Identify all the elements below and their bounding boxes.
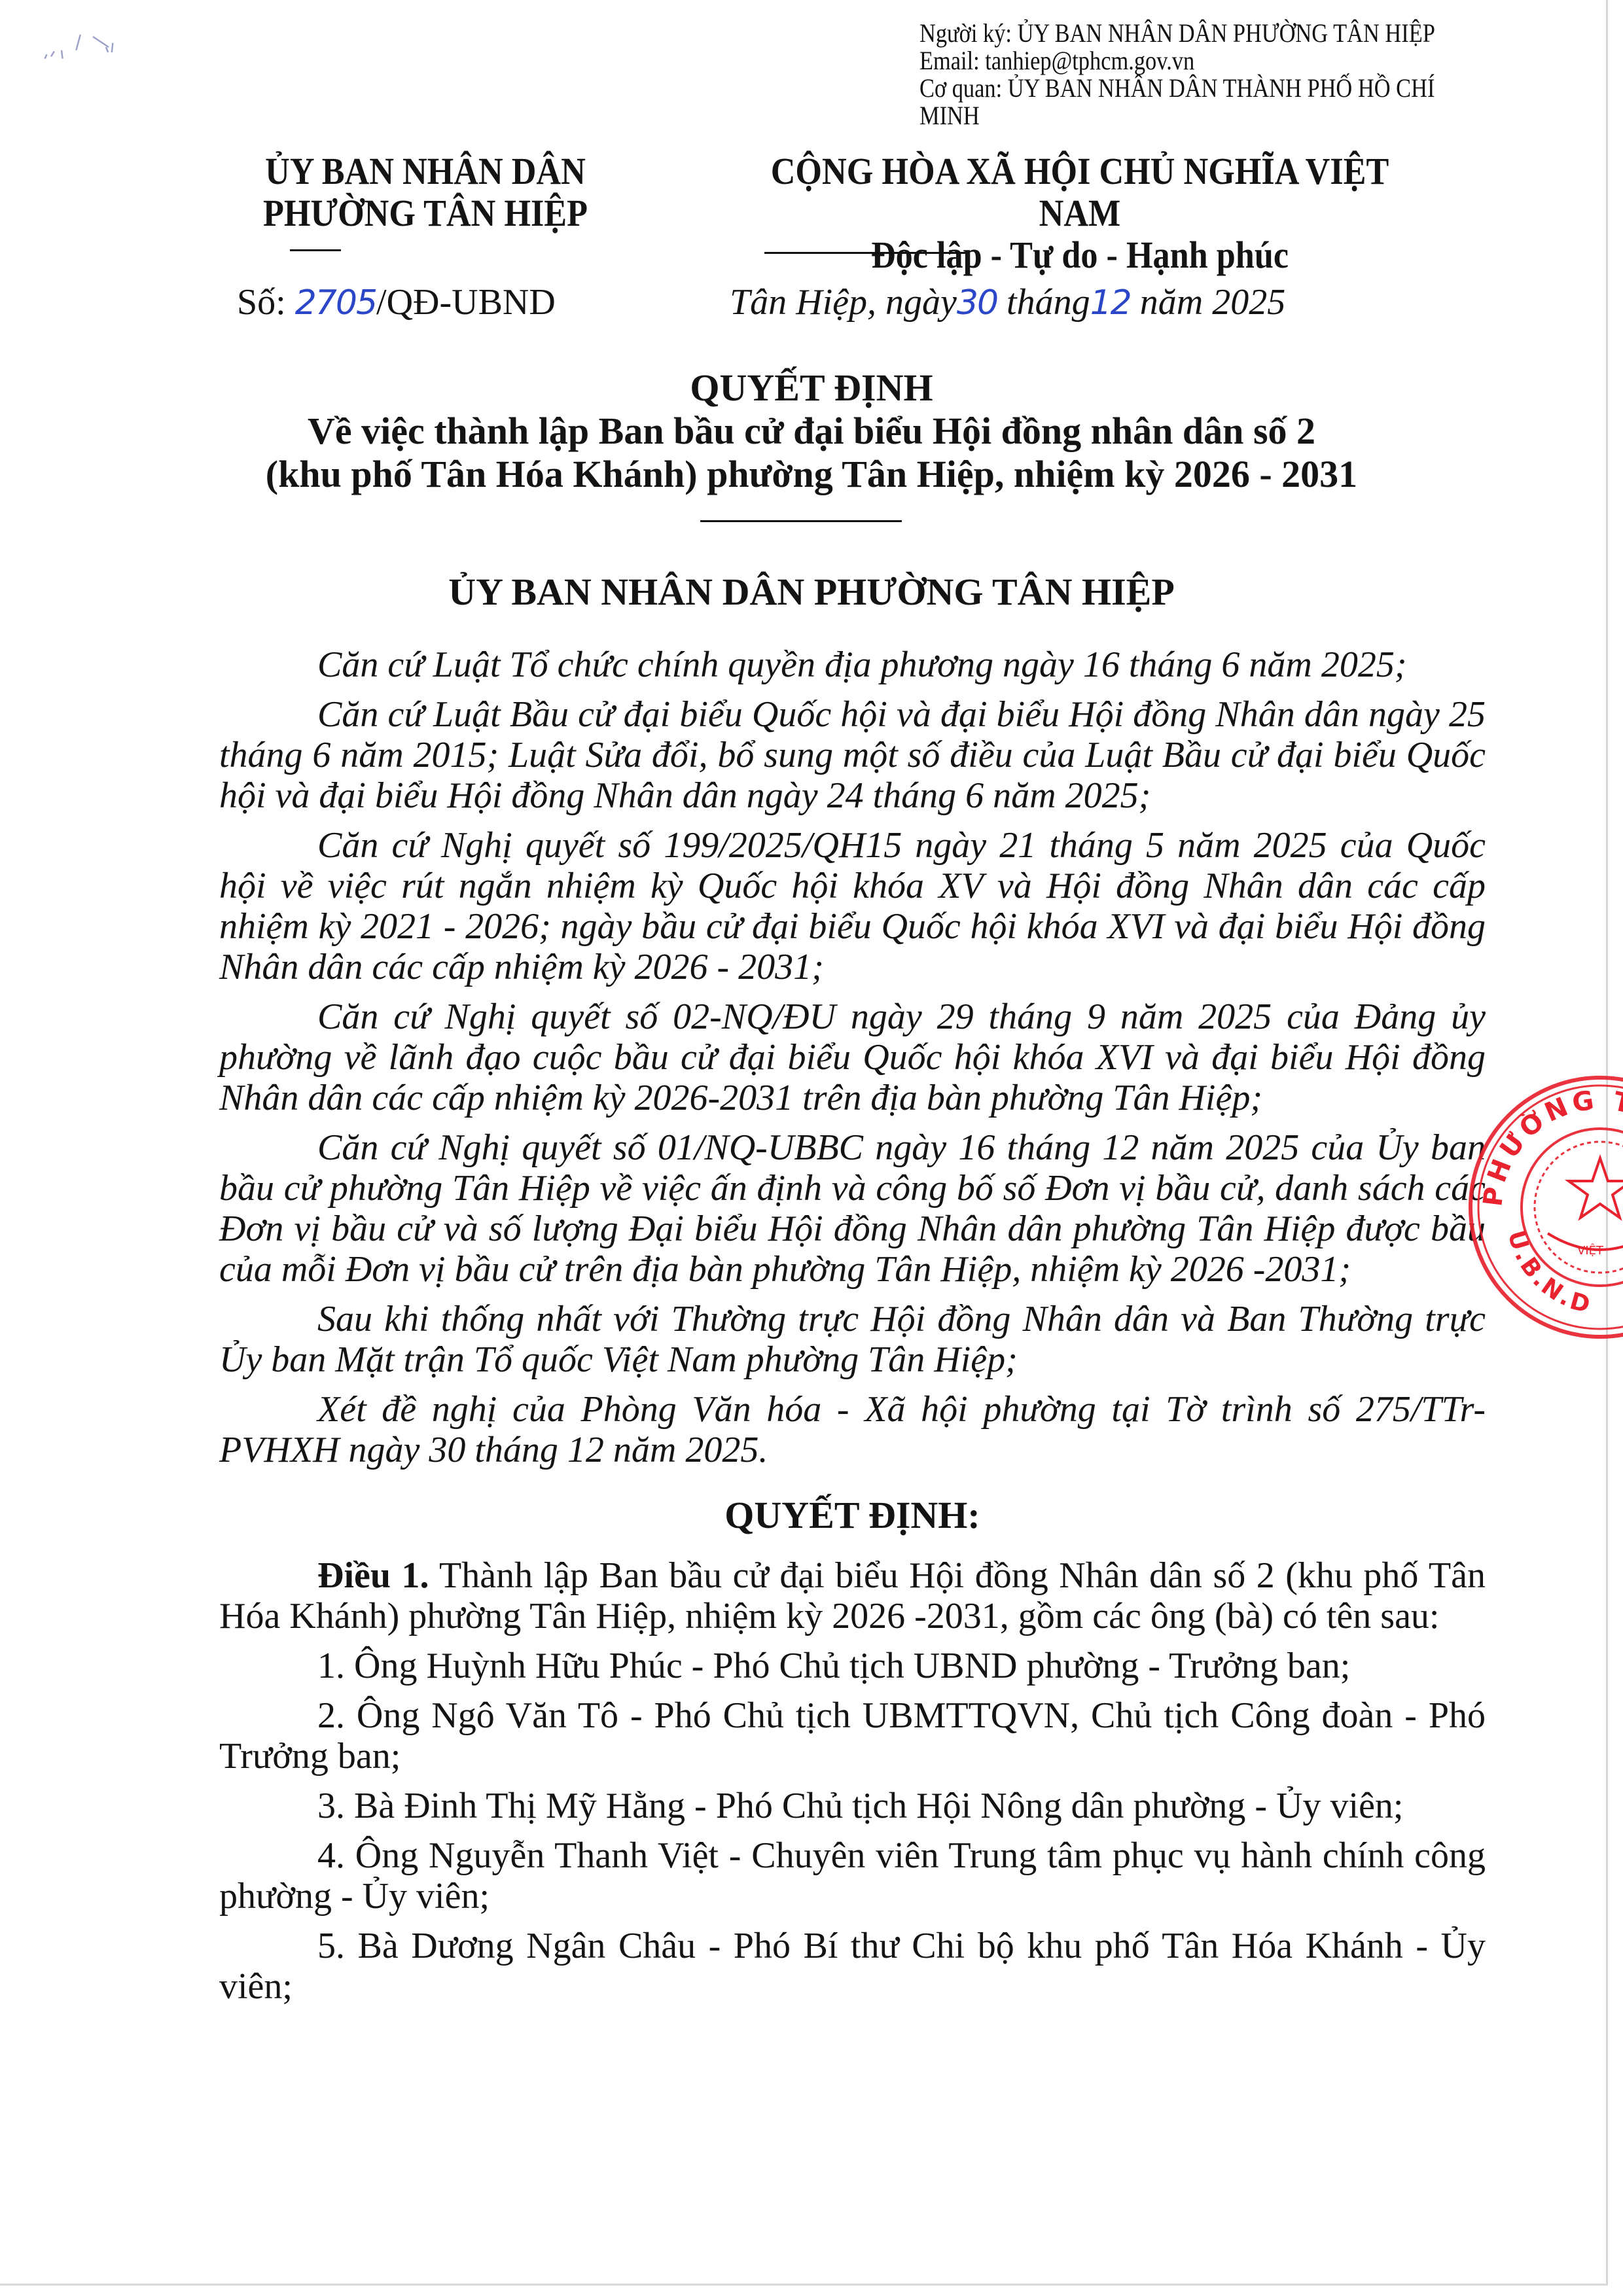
legal-basis: Căn cứ Nghị quyết số 199/2025/QH15 ngày …: [219, 825, 1486, 987]
document-number: Số: 2705/QĐ-UBND: [237, 283, 556, 323]
handwritten-day: 30: [957, 283, 997, 323]
agency-line2: PHƯỜNG TÂN HIỆP: [219, 192, 632, 234]
digital-signature-block: Người ký: ỦY BAN NHÂN DÂN PHƯỜNG TÂN HIỆ…: [919, 20, 1505, 130]
page-edge-bottom: [0, 2284, 1608, 2286]
document-body: Căn cứ Luật Tổ chức chính quyền địa phươ…: [219, 645, 1486, 2016]
seal-star-icon: [1569, 1158, 1623, 1218]
national-title: CỘNG HÒA XÃ HỘI CHỦ NGHĨA VIỆT NAM: [732, 150, 1427, 234]
document-subject-line2: (khu phố Tân Hóa Khánh) phường Tân Hiệp,…: [196, 453, 1427, 496]
date-part1: Tân Hiệp, ngày: [730, 282, 957, 323]
national-header: CỘNG HÒA XÃ HỘI CHỦ NGHĨA VIỆT NAM Độc l…: [732, 150, 1427, 276]
official-seal-stamp: PHƯỜNG TÂN H U.B.N.D VIỆT: [1463, 1070, 1623, 1345]
legal-basis: Căn cứ Nghị quyết số 02-NQ/ĐU ngày 29 th…: [219, 997, 1486, 1118]
member-item: 1. Ông Huỳnh Hữu Phúc - Phó Chủ tịch UBN…: [219, 1646, 1486, 1686]
issuing-agency-header: ỦY BAN NHÂN DÂN PHƯỜNG TÂN HIỆP: [219, 150, 632, 234]
legal-basis: Căn cứ Nghị quyết số 01/NQ-UBBC ngày 16 …: [219, 1127, 1486, 1290]
member-item: 3. Bà Đinh Thị Mỹ Hằng - Phó Chủ tịch Hộ…: [219, 1786, 1486, 1826]
date-part2: tháng: [997, 282, 1090, 323]
legal-basis: Căn cứ Luật Tổ chức chính quyền địa phươ…: [219, 645, 1486, 685]
signer-agency-line2: MINH: [919, 102, 1505, 130]
article-1-label: Điều 1.: [317, 1555, 429, 1596]
legal-basis: Căn cứ Luật Bầu cử đại biểu Quốc hội và …: [219, 694, 1486, 816]
title-rule: [700, 520, 902, 522]
member-item: 4. Ông Nguyễn Thanh Việt - Chuyên viên T…: [219, 1835, 1486, 1916]
signer-name: Người ký: ỦY BAN NHÂN DÂN PHƯỜNG TÂN HIỆ…: [919, 20, 1505, 47]
decision-heading: QUYẾT ĐỊNH:: [219, 1495, 1486, 1536]
member-item: 2. Ông Ngô Văn Tô - Phó Chủ tịch UBMTTQV…: [219, 1695, 1486, 1776]
article-1: Điều 1. Thành lập Ban bầu cử đại biểu Hộ…: [219, 1555, 1486, 1636]
handwritten-month: 12: [1090, 283, 1131, 323]
date-part3: năm 2025: [1131, 282, 1285, 323]
document-title: QUYẾT ĐỊNH Về việc thành lập Ban bầu cử …: [196, 366, 1427, 496]
document-number-prefix: Số:: [237, 282, 295, 323]
legal-basis: Xét đề nghị của Phòng Văn hóa - Xã hội p…: [219, 1389, 1486, 1470]
seal-emblem-text: VIỆT: [1577, 1243, 1604, 1258]
agency-header-rule: [290, 249, 341, 251]
member-item: 5. Bà Dương Ngân Châu - Phó Bí thư Chi b…: [219, 1926, 1486, 2007]
agency-line1: ỦY BAN NHÂN DÂN: [219, 150, 632, 192]
scan-marks: [26, 20, 124, 85]
issue-date: Tân Hiệp, ngày30 tháng12 năm 2025: [730, 283, 1285, 323]
national-motto: Độc lập - Tự do - Hạnh phúc: [732, 234, 1427, 276]
document-type: QUYẾT ĐỊNH: [196, 366, 1427, 410]
national-header-rule: [764, 252, 966, 254]
document-number-suffix: /QĐ-UBND: [376, 282, 556, 323]
document-subject-line1: Về việc thành lập Ban bầu cử đại biểu Hộ…: [196, 410, 1427, 453]
signer-email: Email: tanhiep@tphcm.gov.vn: [919, 47, 1505, 75]
issuing-authority: ỦY BAN NHÂN DÂN PHƯỜNG TÂN HIỆP: [196, 571, 1427, 614]
handwritten-number: 2705: [295, 283, 376, 323]
signer-agency-line1: Cơ quan: ỦY BAN NHÂN DÂN THÀNH PHỐ HỒ CH…: [919, 75, 1505, 102]
legal-basis: Sau khi thống nhất với Thường trực Hội đ…: [219, 1299, 1486, 1380]
